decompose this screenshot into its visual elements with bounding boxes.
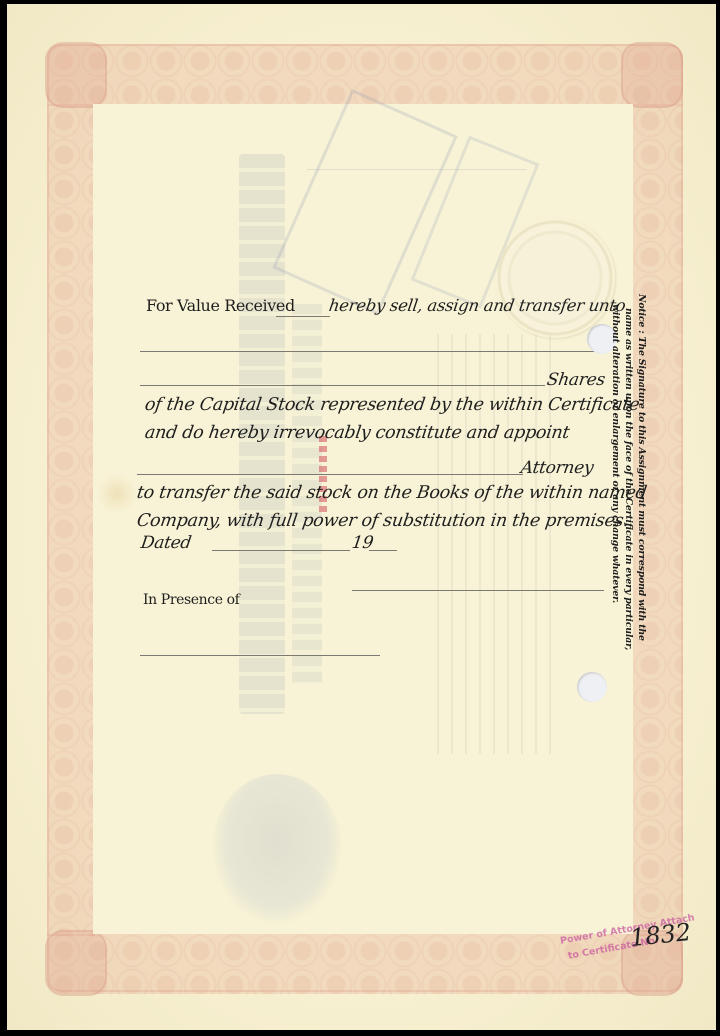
certificate-paper: For Value Received hereby sell, assign a… (7, 4, 716, 1030)
in-presence-of-label: In Presence of (143, 592, 239, 608)
for-value-received-label: For Value Received (146, 296, 295, 315)
hereby-sell-text: hereby sell, assign and transfer unto (328, 296, 627, 315)
signature-notice: Notice : The Signature to this Assignmen… (609, 294, 648, 634)
attorney-name-line (137, 474, 523, 475)
assignor-blank-line (276, 316, 330, 317)
company-text: Company, with full power of substitution… (136, 511, 630, 531)
notice-line-2: name as written upon the face of the Cer… (622, 294, 635, 634)
bleedthrough-countersign-line (307, 129, 527, 170)
notice-line-3: without alteration or enlargement or any… (609, 294, 622, 634)
witness-line (140, 655, 380, 656)
signature-line (352, 590, 604, 591)
dated-label: Dated (140, 533, 193, 553)
capital-stock-text: of the Capital Stock represented by the … (144, 395, 641, 415)
punch-hole-lower (577, 672, 607, 702)
assignee-line (140, 351, 600, 352)
year-line (369, 550, 397, 551)
embossed-corporate-seal (495, 218, 615, 338)
bleedthrough-vignette (212, 774, 342, 924)
paper-stain (97, 474, 137, 514)
shares-label: Shares (546, 370, 607, 390)
attorney-label: Attorney (520, 458, 595, 478)
date-line (212, 550, 350, 551)
constitute-appoint-text: and do hereby irrevocably constitute and… (144, 423, 571, 443)
shares-count-line (140, 385, 545, 386)
transfer-text: to transfer the said stock on the Books … (136, 483, 648, 503)
notice-line-1: Notice : The Signature to this Assignmen… (635, 294, 648, 634)
